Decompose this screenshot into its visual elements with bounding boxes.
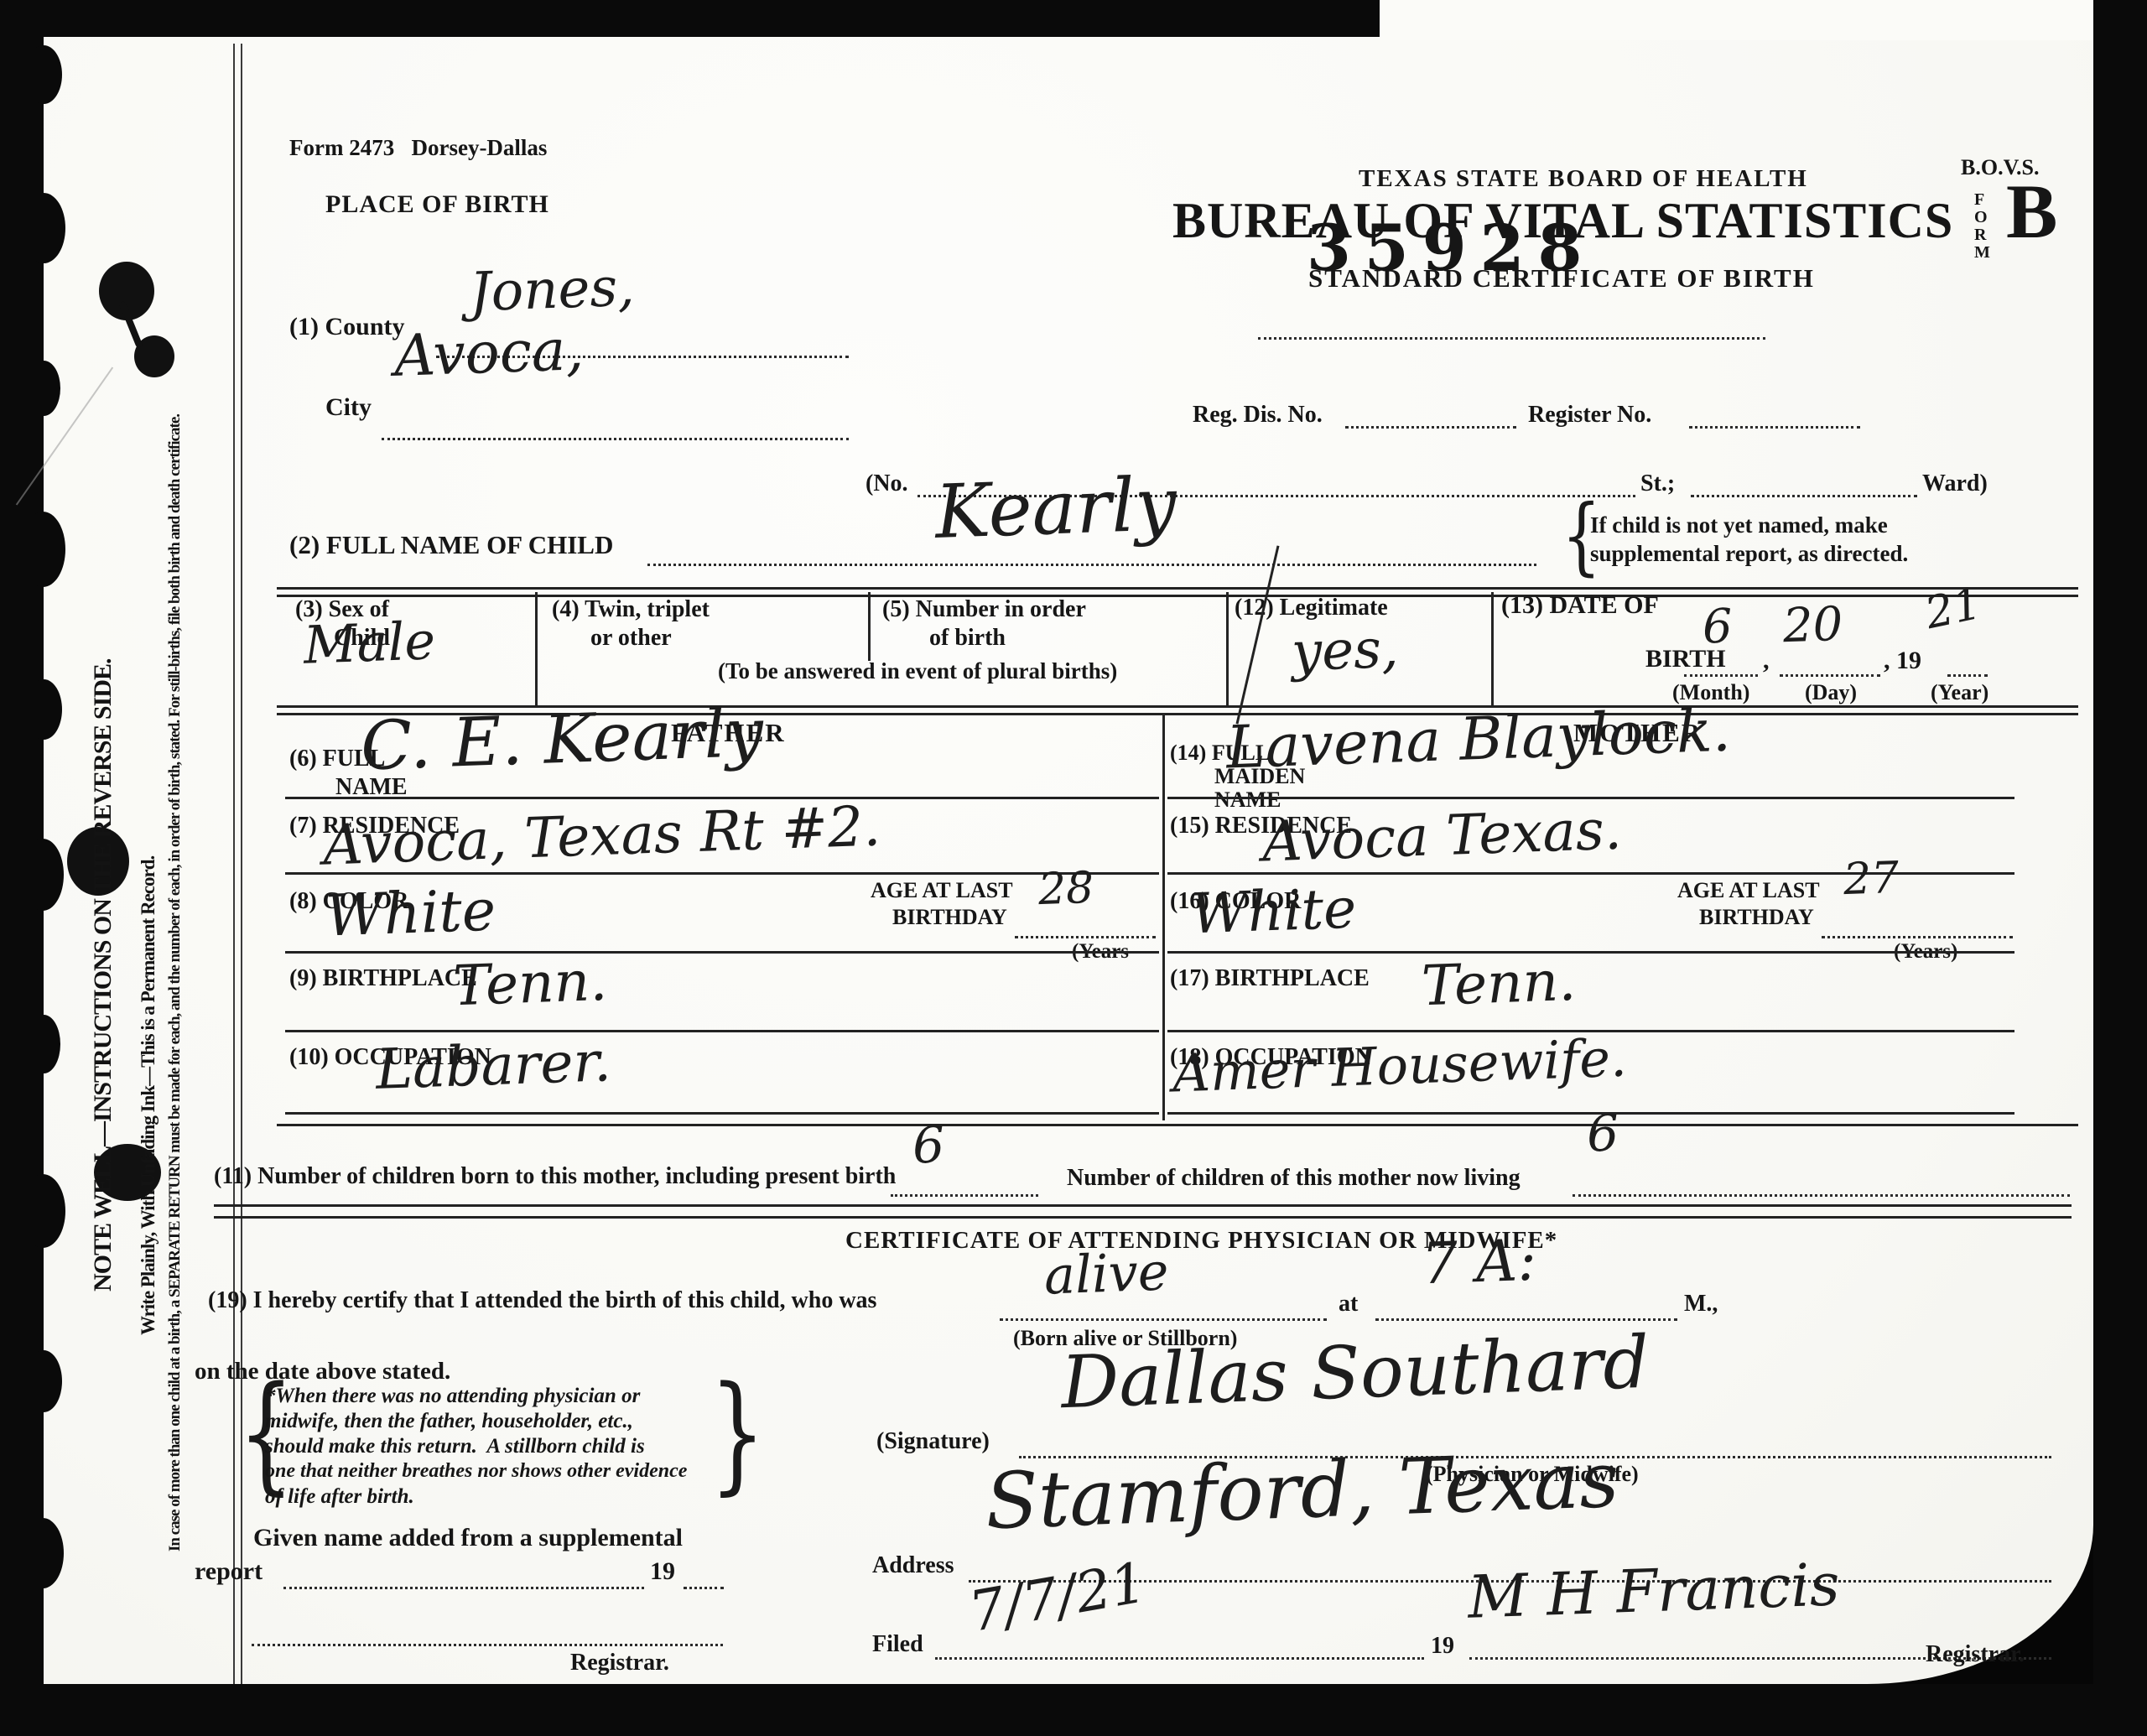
torn-edge [22,839,64,911]
rule [277,1124,2078,1126]
divider [1491,592,1494,705]
father-occupation-value: Labarer. [375,1034,612,1098]
note-brace-right: } [710,1359,766,1508]
father-color-value: White [325,882,496,945]
report-year-label: 19 [650,1558,675,1585]
place-of-birth-heading: PLACE OF BIRTH [325,191,549,218]
city-label: City [325,394,372,421]
twin-label-1: (4) Twin, triplet [552,597,710,621]
sex-value: Male [303,615,436,671]
mother-name-value: Lavena Blaylock. [1225,701,1732,777]
day-sub: (Day) [1805,681,1857,704]
mother-birthplace-label: (17) BIRTHPLACE [1170,966,1370,990]
father-birthplace-value: Tenn. [452,954,608,1014]
torn-edge [22,193,65,263]
alive-value: alive [1043,1245,1169,1302]
divider [1226,592,1229,705]
living-line [1573,1194,2070,1197]
mother-age-label-1: AGE AT LAST [1677,879,1820,902]
paper-top-right-edge [1380,0,2093,40]
age-line [1015,936,1156,938]
mother-color-value: White [1190,881,1357,943]
full-name-label: (2) FULL NAME OF CHILD [289,532,613,559]
filed-year-label: 19 [1431,1634,1454,1658]
register-label: Register No. [1528,403,1651,427]
line [1167,951,2014,954]
full-name-value: Kearly [934,467,1178,549]
scan-right-border [2093,0,2147,1736]
year-value: 21 [1921,582,1985,637]
margin-write-plainly: Write Plainly, With Unfading Ink—This is… [138,220,159,1335]
mother-birthplace-value: Tenn. [1421,954,1577,1014]
order-label-1: (5) Number in order [882,597,1086,621]
children-living-label: Number of children of this mother now li… [1067,1166,1521,1190]
given-name-text: Given name added from a supplemental [253,1525,683,1551]
line [285,872,1159,875]
legitimate-value: yes, [1291,622,1399,679]
rule [214,1204,2072,1207]
form-letter-b: B [2006,171,2057,252]
filed-line [935,1657,1424,1660]
torn-edge [22,1518,64,1588]
alive-line [1000,1318,1327,1321]
registrar-signature: M H Francis [1467,1555,1841,1626]
month-value: 6 [1702,603,1734,651]
registrar-left-label: Registrar. [570,1650,669,1675]
city-line [382,438,849,440]
stillborn-note-line5: of life after birth. [265,1486,414,1508]
county-label: (1) County [289,314,405,340]
torn-edge [20,512,65,587]
torn-edge [20,1174,65,1248]
legitimate-label: (12) Legitimate [1235,595,1388,620]
form-border-line [233,44,235,1684]
street-label: St.; [1640,471,1675,496]
children-living-value: 6 [1586,1108,1619,1159]
father-age-label-2: BIRTHDAY [892,906,1007,928]
reg-dis-label: Reg. Dis. No. [1193,403,1323,427]
year-sub: (Year) [1931,681,1988,704]
report-year-line [684,1587,724,1589]
torn-edge [27,361,60,416]
age-line [1822,936,2013,938]
reg-dis-line [1345,426,1516,429]
divider [535,592,538,705]
filed-label: Filed [872,1632,923,1656]
father-age-label-1: AGE AT LAST [871,879,1013,902]
certify-text: (19) I hereby certify that I attended th… [208,1288,876,1312]
year-line [1947,674,1988,677]
not-named-note-line1: If child is not yet named, make [1590,513,1888,537]
father-name-value: C. E. Kearly [360,699,765,781]
ward-label: Ward) [1922,471,1988,496]
form-number: Form 2473 Dorsey-Dallas [289,136,547,159]
day-line [1780,674,1880,677]
order-label-2: of birth [929,626,1006,650]
not-named-note-line2: supplemental report, as directed. [1590,542,1908,565]
county-value: Jones, [469,261,636,320]
scan-bottom-border [0,1684,2147,1736]
address-label: Address [872,1553,954,1577]
register-line [1689,426,1860,429]
year-printed: , 19 [1884,647,1921,674]
time-value: 7 A: [1421,1233,1537,1294]
line [285,1030,1159,1032]
father-age-value: 28 [1037,866,1094,912]
mother-occupation-value: Amer Housewife. [1172,1032,1628,1100]
m-label: M., [1684,1292,1718,1316]
city-value: Avoca, [393,322,585,386]
certificate-number-line [1258,337,1765,340]
full-name-line [647,564,1536,566]
date-stated-text: on the date above stated. [195,1359,450,1384]
report-line [283,1587,644,1589]
mother-age-value: 27 [1843,856,1900,902]
twin-label-2: or other [590,626,672,650]
certificate-number-stamp: 35928 [1307,215,1595,282]
rule [277,595,2078,597]
mother-age-label-2: BIRTHDAY [1699,906,1814,928]
line [285,1112,1159,1115]
stillborn-note-line4: one that neither breathes nor shows othe… [265,1461,687,1482]
rule [277,587,2078,590]
children-born-value: 6 [912,1120,945,1171]
father-birthplace-label: (9) BIRTHPLACE [289,966,477,990]
form-word-vertical: FORM [1974,191,1983,262]
month-comma: , [1763,647,1770,674]
mother-residence-value: Avoca Texas. [1261,803,1623,871]
margin-note-well: NOTE WELL—INSTRUCTIONS ON THE REVERSE SI… [89,277,117,1292]
mother-name-label-3: NAME [1214,788,1281,811]
day-value: 20 [1782,601,1843,650]
report-label: report [195,1558,263,1585]
divider [868,592,871,661]
margin-separate-return: In case of more than one child at a birt… [166,243,208,1551]
torn-edge [25,1350,62,1412]
stillborn-note-line2: midwife, then the father, householder, e… [265,1411,633,1432]
month-line [1684,674,1758,677]
address-value: Stamford, Texas [985,1442,1620,1541]
street-no-label: (No. [866,471,908,496]
street-line [1691,495,1917,497]
born-line [891,1194,1038,1197]
date-of-label: (13) DATE OF [1501,592,1659,619]
registrar-right-label: Registrar. [1926,1642,2025,1666]
plural-note: (To be answered in event of plural birth… [718,659,1117,683]
signature-value: Dallas Southard [1060,1327,1651,1419]
registrar-left-line [252,1644,723,1646]
column-divider [1162,713,1165,1120]
torn-edge [25,45,62,104]
scan-top-border [0,0,1380,37]
stillborn-note-line3: should make this return. A stillborn chi… [265,1436,645,1458]
line [285,951,1159,954]
at-label: at [1339,1292,1358,1316]
board-heading: TEXAS STATE BOARD OF HEALTH [1359,166,1808,191]
children-born-label: (11) Number of children born to this mot… [214,1164,896,1188]
torn-edge [25,679,62,740]
rule [214,1216,2072,1219]
scanned-birth-certificate: NOTE WELL—INSTRUCTIONS ON THE REVERSE SI… [0,0,2147,1736]
signature-label: (Signature) [876,1429,990,1453]
stillborn-note-line1: *When there was no attending physician o… [265,1385,640,1407]
torn-edge [27,1015,60,1073]
